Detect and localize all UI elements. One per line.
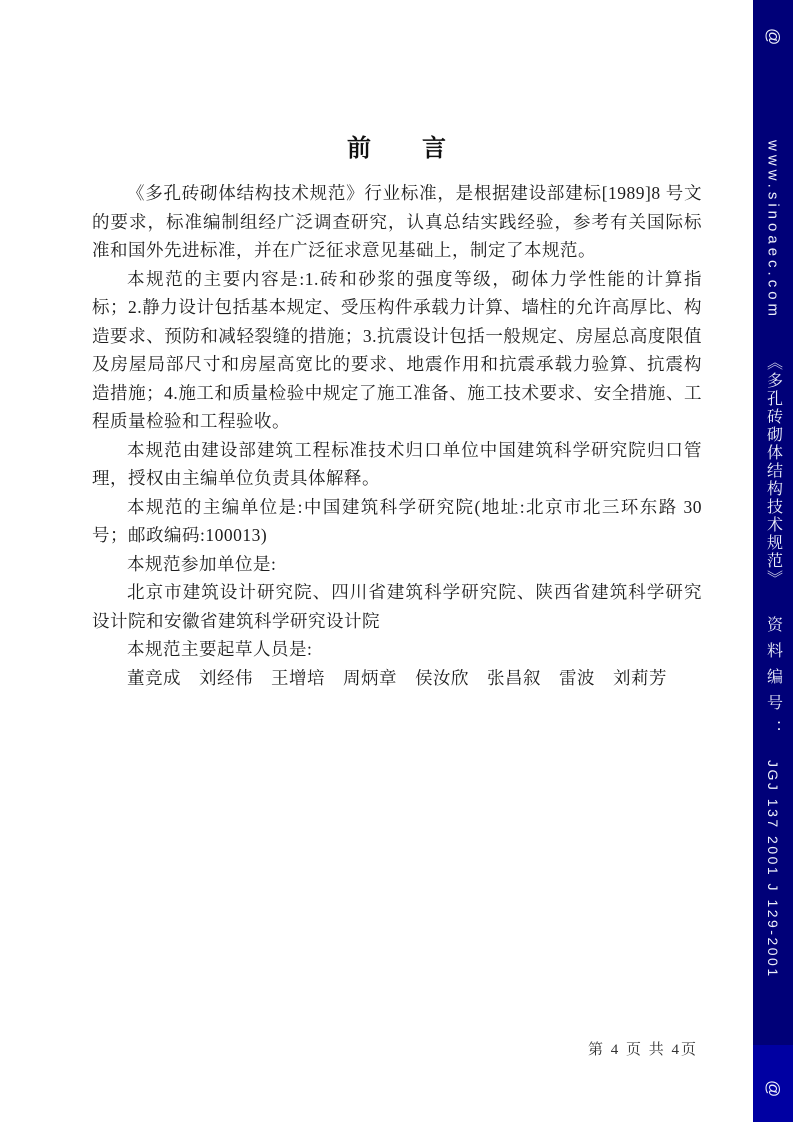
doc-number-value: JGJ 137 2001 J 129-2001 — [765, 760, 781, 979]
paragraph: 《多孔砖砌体结构技术规范》行业标准，是根据建设部建标[1989]8 号文的要求，… — [92, 179, 702, 265]
foreword-text: 《多孔砖砌体结构技术规范》行业标准，是根据建设部建标[1989]8 号文的要求，… — [92, 179, 702, 692]
paragraph: 本规范参加单位是: — [92, 550, 702, 579]
paragraph: 本规范由建设部建筑工程标准技术归口单位中国建筑科学研究院归口管理，授权由主编单位… — [92, 436, 702, 493]
document-body: 前 言 《多孔砖砌体结构技术规范》行业标准，是根据建设部建标[1989]8 号文… — [92, 128, 702, 692]
paragraph: 北京市建筑设计研究院、四川省建筑科学研究院、陕西省建筑科学研究设计院和安徽省建筑… — [92, 578, 702, 635]
paragraph: 董竞成 刘经伟 王增培 周炳章 侯汝欣 张昌叙 雷波 刘莉芳 — [92, 664, 702, 693]
document-name-watermark: 《多孔砖砌体结构技术规范》 — [762, 354, 785, 588]
at-icon: @ — [763, 28, 783, 45]
paragraph: 本规范主要起草人员是: — [92, 635, 702, 664]
at-icon: @ — [763, 1080, 783, 1097]
paragraph: 本规范的主编单位是:中国建筑科学研究院(地址:北京市北三环东路 30 号；邮政编… — [92, 493, 702, 550]
doc-number-label: 资料编号： — [762, 616, 785, 746]
page-number-indicator: 第 4 页 共 4页 — [588, 1038, 698, 1059]
scanned-document-page: 前 言 《多孔砖砌体结构技术规范》行业标准，是根据建设部建标[1989]8 号文… — [0, 0, 793, 1122]
website-watermark: www.sinoaec.com — [765, 140, 782, 320]
page-title: 前 言 — [92, 128, 702, 163]
side-banner: @ www.sinoaec.com 《多孔砖砌体结构技术规范》 资料编号： JG… — [753, 0, 793, 1122]
paragraph: 本规范的主要内容是:1.砖和砂浆的强度等级，砌体力学性能的计算指标；2.静力设计… — [92, 265, 702, 436]
